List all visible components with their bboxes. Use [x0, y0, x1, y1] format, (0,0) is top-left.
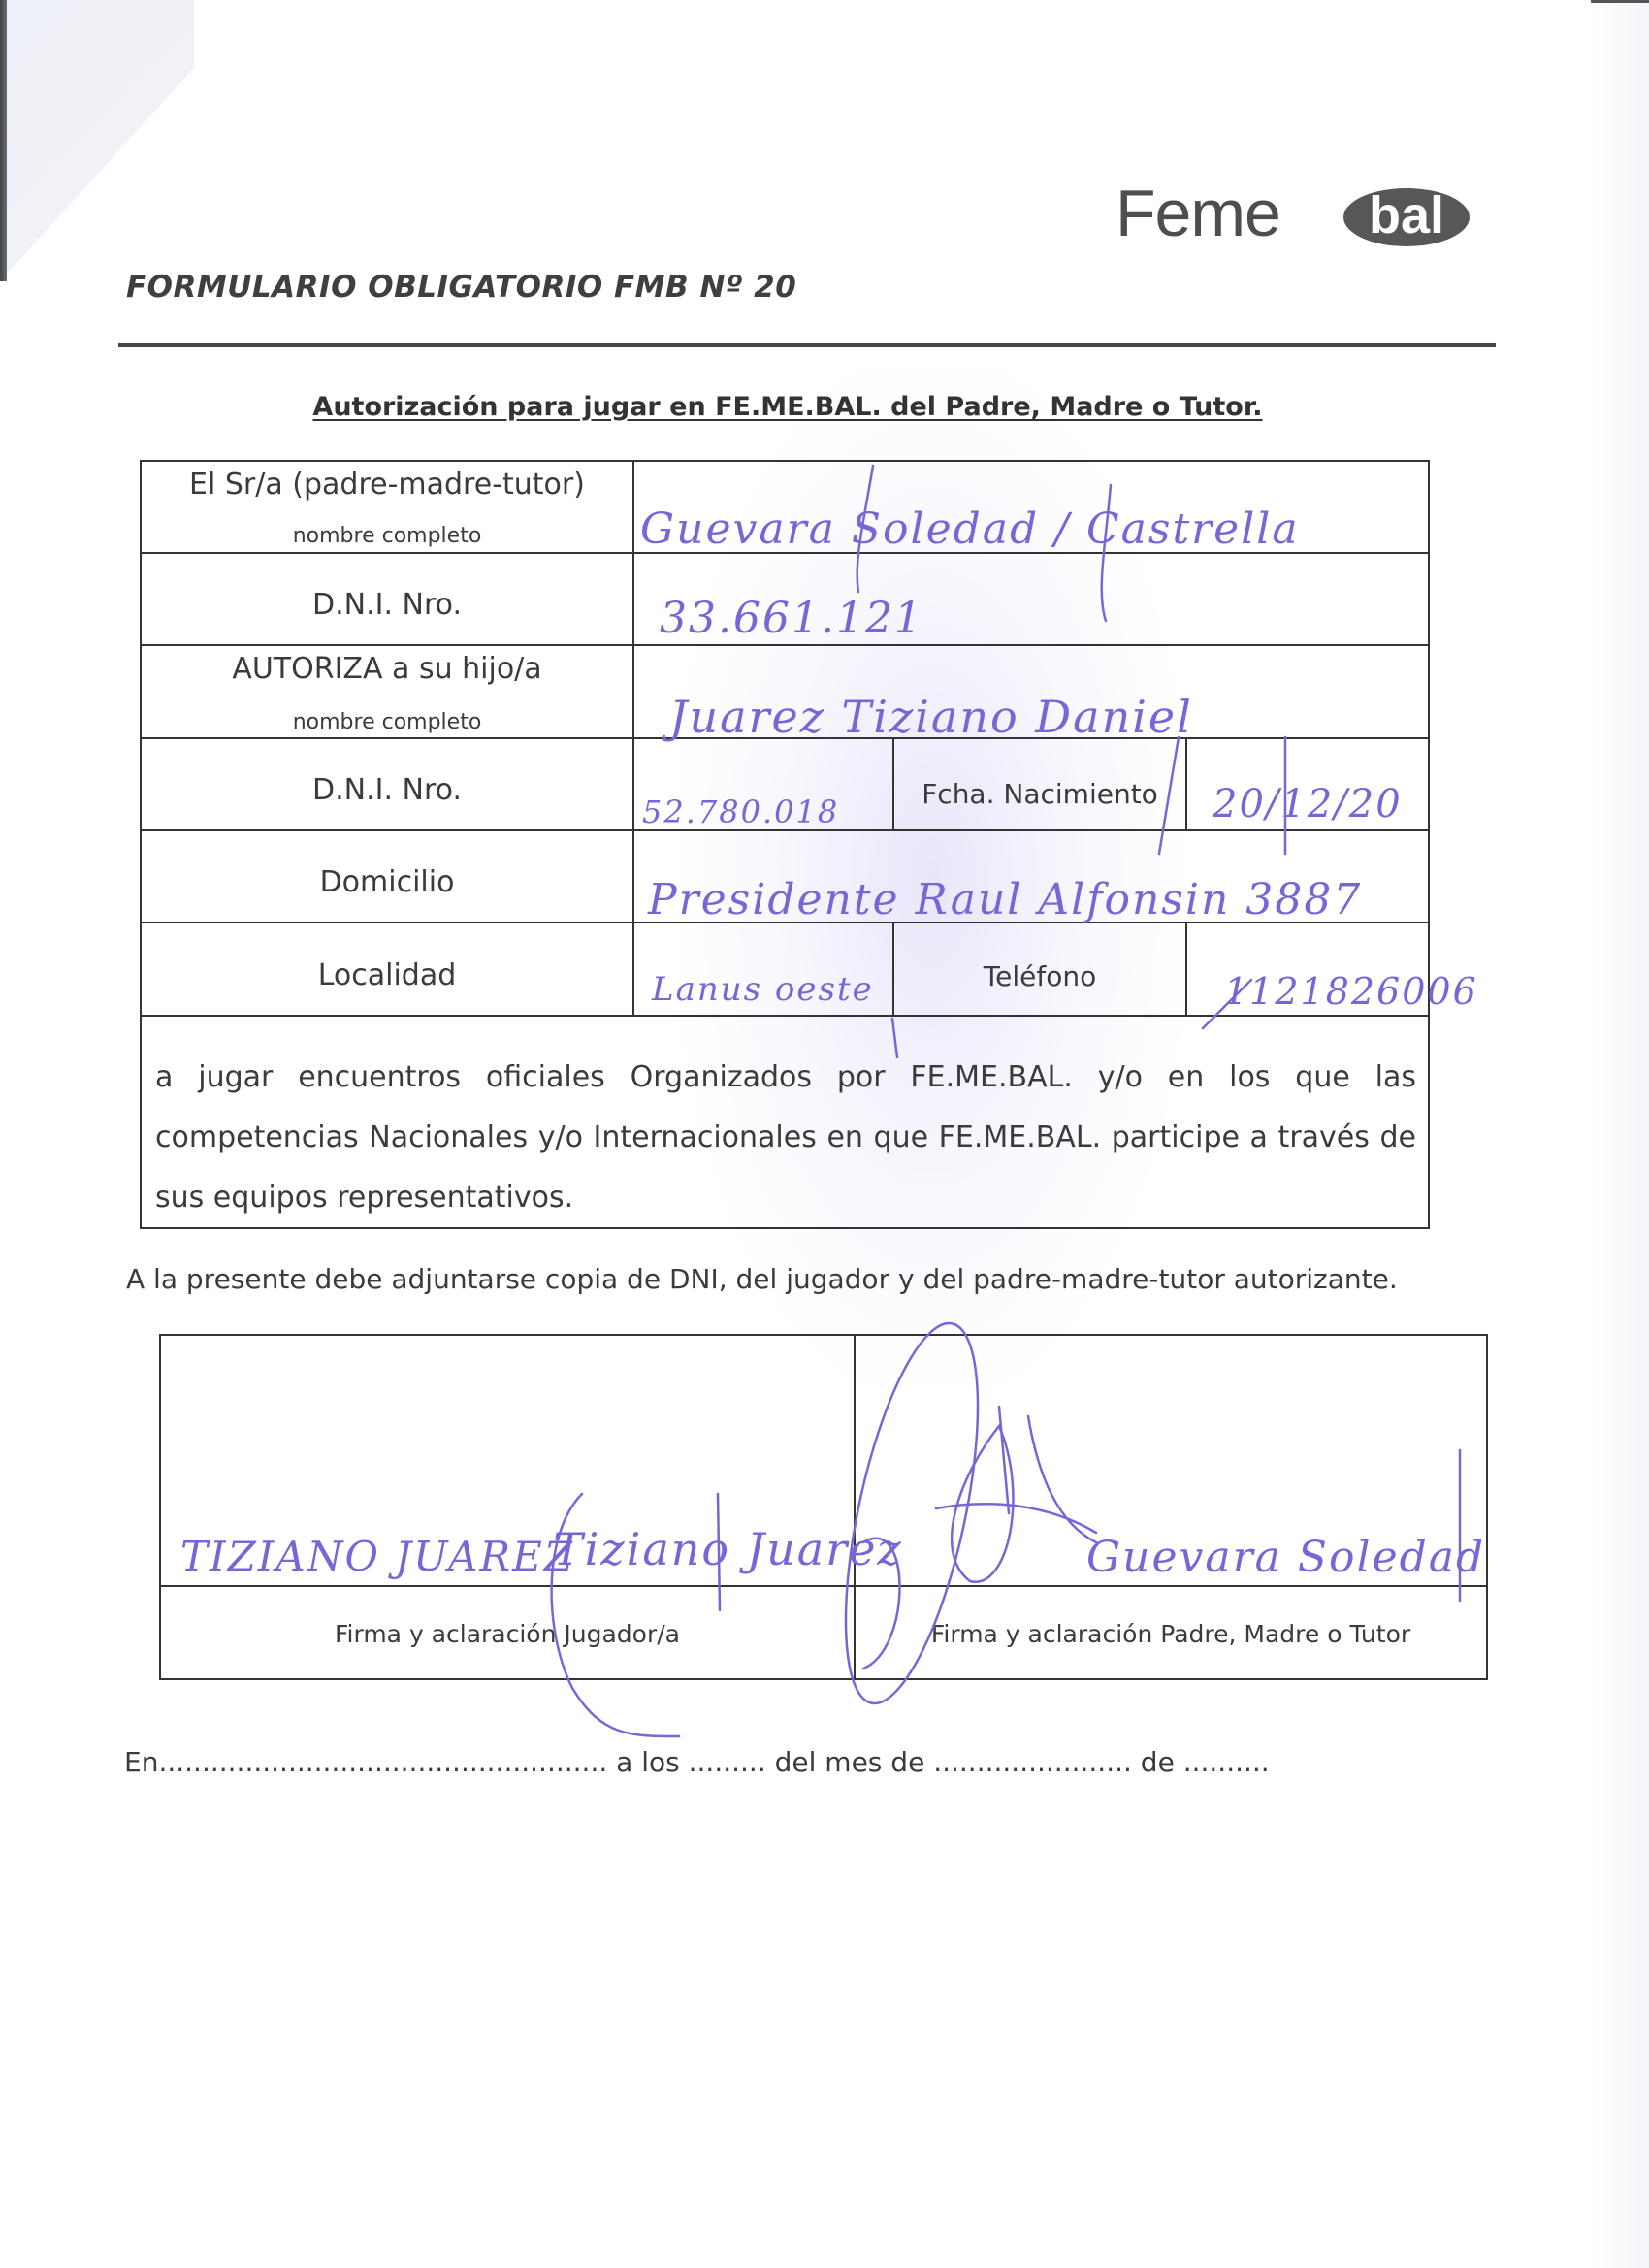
signature-strokes: [0, 0, 1649, 2268]
date-place-line[interactable]: En......................................…: [124, 1746, 1270, 1778]
